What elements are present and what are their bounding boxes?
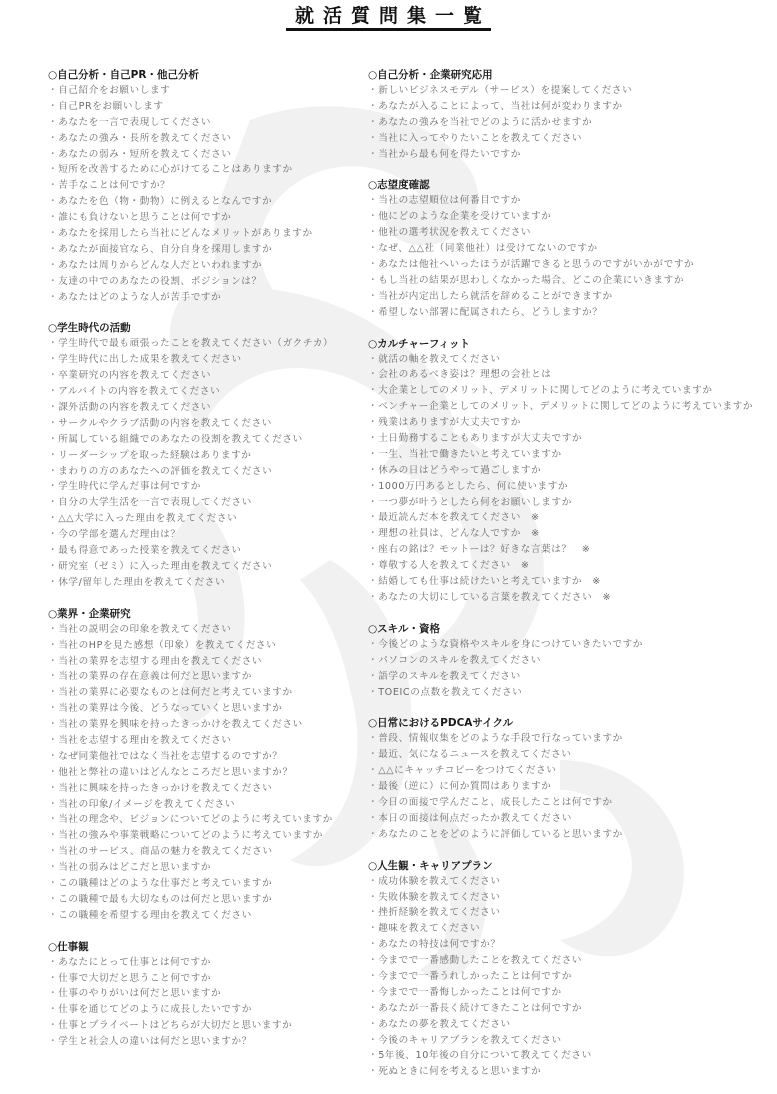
document-title: 就活質問集一覧 — [286, 4, 491, 31]
question-item: 今までで一番悔しかったことは何ですか — [368, 985, 768, 1001]
question-item: 当社の業界を志望する理由を教えてください — [48, 654, 363, 670]
question-item: 最も得意であった授業を教えてください — [48, 543, 363, 559]
question-item: 卒業研究の内容を教えてください — [48, 368, 363, 384]
question-item: あなたは周りからどんな人だといわれますか — [48, 258, 363, 274]
question-item: 大企業としてのメリット、デメリットに関してどのように考えていますか — [368, 383, 768, 399]
question-item: 今後のキャリアプランを教えてください — [368, 1033, 768, 1049]
question-item: 当社のサービス、商品の魅力を教えてください — [48, 844, 363, 860]
question-item: 最近、気になるニュースを教えてください — [368, 747, 768, 763]
question-item: 1000万円あるとしたら、何に使いますか — [368, 479, 768, 495]
question-item: 当社に入ってやりたいことを教えてください — [368, 131, 768, 147]
question-item: 自己紹介をお願いします — [48, 83, 363, 99]
question-item: 当社に興味を持ったきっかけを教えてください — [48, 781, 363, 797]
question-section: ○業界・企業研究当社の説明会の印象を教えてください当社のHPを見た感想（印象）を… — [48, 607, 363, 924]
question-item: あなたのことをどのように評価していると思いますか — [368, 827, 768, 843]
section-heading: ○カルチャーフィット — [368, 337, 768, 352]
question-section: ○スキル・資格今後どのような資格やスキルを身につけていきたいですかパソコンのスキ… — [368, 622, 768, 701]
question-section: ○自己分析・自己PR・他己分析自己紹介をお願いします自己PRをお願いしますあなた… — [48, 68, 363, 305]
question-section: ○志望度確認当社の志望順位は何番目ですか他にどのような企業を受けていますか他社の… — [368, 178, 768, 320]
left-column: ○自己分析・自己PR・他己分析自己紹介をお願いします自己PRをお願いしますあなた… — [48, 68, 363, 1066]
question-section: ○日常におけるPDCAサイクル普段、情報収集をどのような手段で行なっていますか最… — [368, 716, 768, 842]
question-item: 今の学部を選んだ理由は？ — [48, 527, 363, 543]
question-item: リーダーシップを取った経験はありますか — [48, 448, 363, 464]
question-item: なぜ、△△社（同業他社）は受けてないのですか — [368, 241, 768, 257]
question-item: 普段、情報収集をどのような手段で行なっていますか — [368, 731, 768, 747]
question-item: ベンチャー企業としてのメリット、デメリットに関してどのように考えていますか — [368, 399, 768, 415]
question-item: 当社の強みや事業戦略についてどのように考えていますか — [48, 828, 363, 844]
question-item: パソコンのスキルを教えてください — [368, 653, 768, 669]
question-section: ○学生時代の活動学生時代で最も頑張ったことを教えてください（ガクチカ）学生時代に… — [48, 321, 363, 590]
question-item: TOEICの点数を教えてください — [368, 685, 768, 701]
question-item: 挫折経験を教えてください — [368, 905, 768, 921]
question-item: 当社の業界に必要なものとは何だと考えていますか — [48, 685, 363, 701]
question-item: 失敗体験を教えてください — [368, 890, 768, 906]
question-item: 研究室（ゼミ）に入った理由を教えてください — [48, 559, 363, 575]
question-item: 趣味を教えてください — [368, 921, 768, 937]
question-item: 一つ夢が叶うとしたら何をお願いしますか — [368, 495, 768, 511]
question-item: まわりの方のあなたへの評価を教えてください — [48, 464, 363, 480]
question-item: 当社の業界を興味を持ったきっかけを教えてください — [48, 717, 363, 733]
right-column: ○自己分析・企業研究応用新しいビジネスモデル（サービス）を提案してくださいあなた… — [368, 68, 768, 1094]
question-item: あなたが一番長く続けてきたことは何ですか — [368, 1001, 768, 1017]
question-item: 他にどのような企業を受けていますか — [368, 209, 768, 225]
question-item: あなたは他社へいったほうが活躍できると思うのですがいかがですか — [368, 257, 768, 273]
question-item: 学生時代に出した成果を教えてください — [48, 352, 363, 368]
question-item: 一生、当社で働きたいと考えていますか — [368, 447, 768, 463]
question-item: 仕事で大切だと思うこと何ですか — [48, 971, 363, 987]
question-item: あなたの大切にしている言葉を教えてください ※ — [368, 590, 768, 606]
question-item: 学生と社会人の違いは何だと思いますか？ — [48, 1034, 363, 1050]
question-item: あなたの弱み・短所を教えてください — [48, 147, 363, 163]
question-list: 就活の軸を教えてください会社のあるべき姿は？理想の会社とは大企業としてのメリット… — [368, 352, 768, 606]
question-item: 当社の弱みはどこだと思いますか — [48, 860, 363, 876]
section-heading: ○自己分析・企業研究応用 — [368, 68, 768, 83]
question-item: 理想の社員は、どんな人ですか ※ — [368, 526, 768, 542]
question-item: 自分の大学生活を一言で表現してください — [48, 495, 363, 511]
question-item: あなたの夢を教えてください — [368, 1017, 768, 1033]
question-list: 今後どのような資格やスキルを身につけていきたいですかパソコンのスキルを教えてくだ… — [368, 637, 768, 701]
question-item: 希望しない部署に配属されたら、どうしますか？ — [368, 305, 768, 321]
question-item: 当社の説明会の印象を教えてください — [48, 622, 363, 638]
question-item: △△にキャッチコピーをつけてください — [368, 763, 768, 779]
question-list: 自己紹介をお願いします自己PRをお願いしますあなたを一言で表現してくださいあなた… — [48, 83, 363, 305]
question-item: 残業はありますが大丈夫ですか — [368, 415, 768, 431]
question-list: 学生時代で最も頑張ったことを教えてください（ガクチカ）学生時代に出した成果を教え… — [48, 336, 363, 590]
question-item: △△大学に入った理由を教えてください — [48, 511, 363, 527]
question-item: 成功体験を教えてください — [368, 874, 768, 890]
question-item: 仕事のやりがいは何だと思いますか — [48, 986, 363, 1002]
question-item: あなたの特技は何ですか？ — [368, 937, 768, 953]
question-item: 今日の面接で学んだこと、成長したことは何ですか — [368, 795, 768, 811]
question-item: あなたを採用したら当社にどんなメリットがありますか — [48, 226, 363, 242]
question-item: 当社の業界は今後、どうなっていくと思いますか — [48, 701, 363, 717]
question-item: アルバイトの内容を教えてください — [48, 384, 363, 400]
section-heading: ○学生時代の活動 — [48, 321, 363, 336]
question-item: 5年後、10年後の自分について教えてください — [368, 1048, 768, 1064]
question-item: あなたの強みを当社でどのように活かせますか — [368, 115, 768, 131]
question-item: 休学/留年した理由を教えてください — [48, 575, 363, 591]
question-item: 座右の銘は？モットーは？好きな言葉は？ ※ — [368, 542, 768, 558]
question-item: 学生時代に学んだ事は何ですか — [48, 479, 363, 495]
question-list: 当社の志望順位は何番目ですか他にどのような企業を受けていますか他社の選考状況を教… — [368, 193, 768, 320]
question-item: あなたはどのような人が苦手ですか — [48, 290, 363, 306]
question-list: 新しいビジネスモデル（サービス）を提案してくださいあなたが入ることによって、当社… — [368, 83, 768, 162]
question-item: 苦手なことは何ですか？ — [48, 178, 363, 194]
question-section: ○仕事観あなたにとって仕事とは何ですか仕事で大切だと思うこと何ですか仕事のやりが… — [48, 940, 363, 1050]
question-item: この職種で最も大切なものは何だと思いますか — [48, 892, 363, 908]
question-item: なぜ同業他社ではなく当社を志望するのですか？ — [48, 749, 363, 765]
question-item: 今までで一番うれしかったことは何ですか — [368, 969, 768, 985]
question-item: 新しいビジネスモデル（サービス）を提案してください — [368, 83, 768, 99]
question-item: サークルやクラブ活動の内容を教えてください — [48, 416, 363, 432]
question-item: 短所を改善するために心がけてることはありますか — [48, 162, 363, 178]
question-item: 就活の軸を教えてください — [368, 352, 768, 368]
document-title-wrap: 就活質問集一覧 — [0, 4, 777, 31]
question-item: 課外活動の内容を教えてください — [48, 400, 363, 416]
question-item: 自己PRをお願いします — [48, 99, 363, 115]
question-item: 結婚しても仕事は続けたいと考えていますか ※ — [368, 574, 768, 590]
question-item: あなたを一言で表現してください — [48, 115, 363, 131]
question-section: ○自己分析・企業研究応用新しいビジネスモデル（サービス）を提案してくださいあなた… — [368, 68, 768, 162]
question-item: 他社の選考状況を教えてください — [368, 225, 768, 241]
question-item: 他社と弊社の違いはどんなところだと思いますか？ — [48, 765, 363, 781]
question-item: 死ぬときに何を考えると思いますか — [368, 1064, 768, 1080]
question-list: 成功体験を教えてください失敗体験を教えてください挫折経験を教えてください趣味を教… — [368, 874, 768, 1081]
question-item: 誰にも負けないと思うことは何ですか — [48, 210, 363, 226]
question-item: 当社を志望する理由を教えてください — [48, 733, 363, 749]
question-item: 学生時代で最も頑張ったことを教えてください（ガクチカ） — [48, 336, 363, 352]
section-heading: ○スキル・資格 — [368, 622, 768, 637]
question-item: この職種はどのような仕事だと考えていますか — [48, 876, 363, 892]
question-item: あなたを色（物・動物）に例えるとなんですか — [48, 194, 363, 210]
question-item: 友達の中でのあなたの役割、ポジションは？ — [48, 274, 363, 290]
section-heading: ○人生観・キャリアプラン — [368, 859, 768, 874]
question-item: あなたが面接官なら、自分自身を採用しますか — [48, 242, 363, 258]
question-item: 当社が内定出したら就活を辞めることができますか — [368, 289, 768, 305]
question-item: 当社の業界の存在意義は何だと思いますか — [48, 669, 363, 685]
section-heading: ○業界・企業研究 — [48, 607, 363, 622]
question-item: 当社の志望順位は何番目ですか — [368, 193, 768, 209]
question-item: 当社の理念や、ビジョンについてどのように考えていますか — [48, 812, 363, 828]
question-list: あなたにとって仕事とは何ですか仕事で大切だと思うこと何ですか仕事のやりがいは何だ… — [48, 955, 363, 1050]
section-heading: ○日常におけるPDCAサイクル — [368, 716, 768, 731]
section-heading: ○志望度確認 — [368, 178, 768, 193]
question-item: あなたが入ることによって、当社は何が変わりますか — [368, 99, 768, 115]
section-heading: ○自己分析・自己PR・他己分析 — [48, 68, 363, 83]
question-item: 会社のあるべき姿は？理想の会社とは — [368, 367, 768, 383]
question-item: 土日勤務することもありますが大丈夫ですか — [368, 431, 768, 447]
question-item: 語学のスキルを教えてください — [368, 669, 768, 685]
question-item: 休みの日はどうやって過ごしますか — [368, 463, 768, 479]
question-item: 当社から最も何を得たいですか — [368, 147, 768, 163]
question-item: 今後どのような資格やスキルを身につけていきたいですか — [368, 637, 768, 653]
question-item: 当社の印象/イメージを教えてください — [48, 797, 363, 813]
question-section: ○カルチャーフィット就活の軸を教えてください会社のあるべき姿は？理想の会社とは大… — [368, 337, 768, 606]
question-item: 今までで一番感動したことを教えてください — [368, 953, 768, 969]
question-item: 最近読んだ本を教えてください ※ — [368, 510, 768, 526]
section-heading: ○仕事観 — [48, 940, 363, 955]
question-item: 所属している組織でのあなたの役割を教えてください — [48, 432, 363, 448]
question-item: もし当社の結果が思わしくなかった場合、どこの企業にいきますか — [368, 273, 768, 289]
question-item: 尊敬する人を教えてください ※ — [368, 558, 768, 574]
question-item: 仕事を通じてどのように成長したいですか — [48, 1002, 363, 1018]
question-item: あなたにとって仕事とは何ですか — [48, 955, 363, 971]
question-list: 普段、情報収集をどのような手段で行なっていますか最近、気になるニュースを教えてく… — [368, 731, 768, 842]
question-section: ○人生観・キャリアプラン成功体験を教えてください失敗体験を教えてください挫折経験… — [368, 859, 768, 1081]
question-list: 当社の説明会の印象を教えてください当社のHPを見た感想（印象）を教えてください当… — [48, 622, 363, 924]
question-item: 仕事とプライベートはどちらが大切だと思いますか — [48, 1018, 363, 1034]
question-item: この職種を希望する理由を教えてください — [48, 908, 363, 924]
question-item: 本日の面接は何点だったか教えてください — [368, 811, 768, 827]
question-item: 最後（逆に）に何か質問はありますか — [368, 779, 768, 795]
question-item: あなたの強み・長所を教えてください — [48, 131, 363, 147]
question-item: 当社のHPを見た感想（印象）を教えてください — [48, 638, 363, 654]
